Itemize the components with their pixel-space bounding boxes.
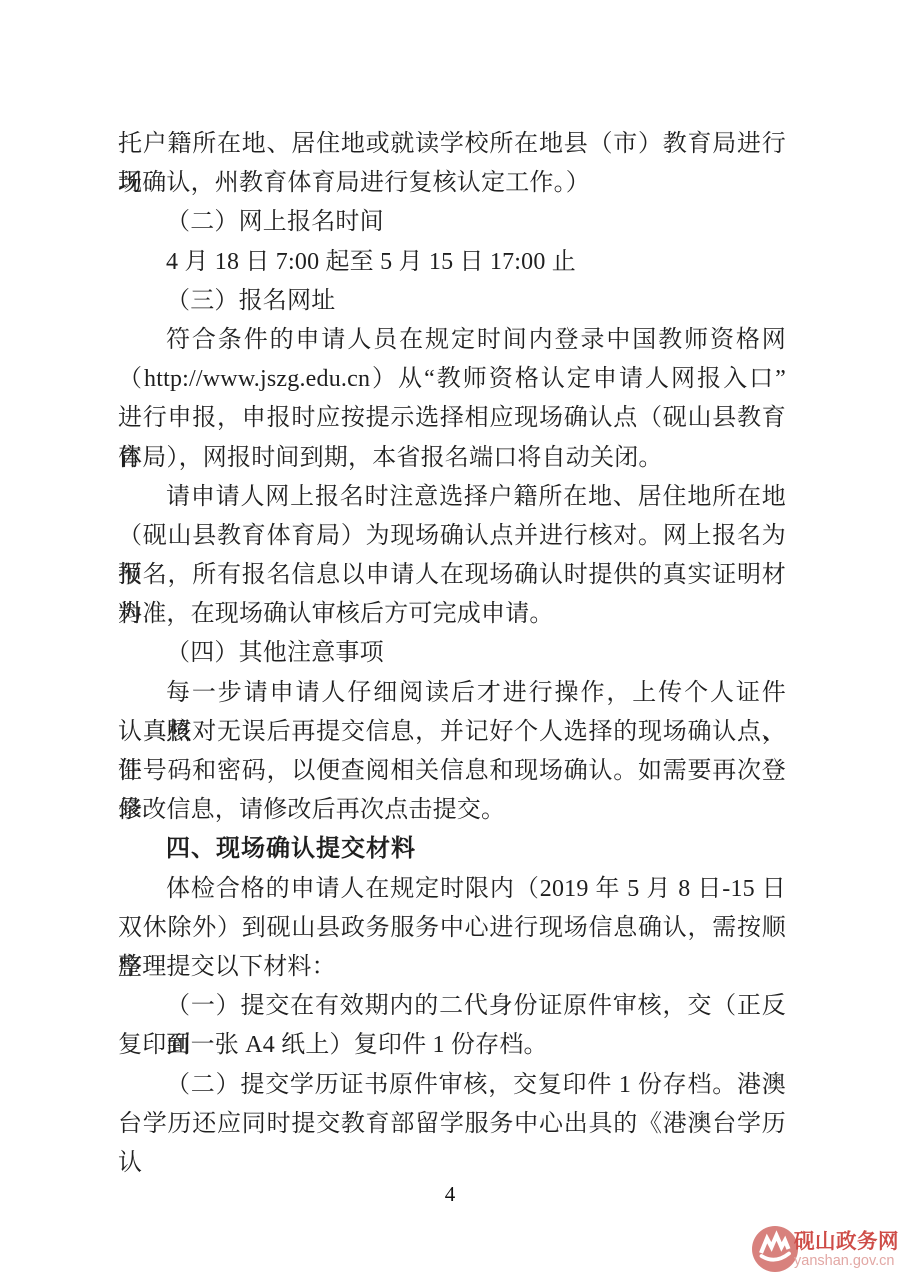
document-line: 请申请人网上报名时注意选择户籍所在地、居住地所在地: [118, 478, 786, 517]
document-line: 符合条件的申请人员在规定时间内登录中国教师资格网: [118, 321, 786, 360]
document-line: 为准，在现场确认审核后方可完成申请。: [118, 595, 786, 634]
document-line: 四、现场确认提交材料: [118, 830, 786, 869]
document-line: （三）报名网址: [118, 282, 786, 321]
document-line: （砚山县教育体育局）为现场确认点并进行核对。网上报名为预: [118, 517, 786, 556]
page-number: 4: [0, 1182, 900, 1207]
document-line: 场确认，州教育体育局进行复核认定工作。）: [118, 164, 786, 203]
document-line: 育局），网报时间到期，本省报名端口将自动关闭。: [118, 439, 786, 478]
document-line: 修改信息，请修改后再次点击提交。: [118, 791, 786, 830]
document-body: 托户籍所在地、居住地或就读学校所在地县（市）教育局进行现场确认，州教育体育局进行…: [118, 125, 786, 1144]
document-line: 报名，所有报名信息以申请人在现场确认时提供的真实证明材料: [118, 556, 786, 595]
watermark-text: 砚山政务网 yanshan.gov.cn: [794, 1226, 899, 1269]
document-line: （http://www.jszg.edu.cn）从“教师资格认定申请人网报入口”: [118, 360, 786, 399]
document-line: 体检合格的申请人在规定时限内（2019 年 5 月 8 日-15 日: [118, 870, 786, 909]
site-name: 砚山政务网: [794, 1231, 899, 1253]
document-line: 每一步请申请人仔细阅读后才进行操作，上传个人证件照，: [118, 674, 786, 713]
site-url: yanshan.gov.cn: [794, 1253, 899, 1269]
document-line: （二）网上报名时间: [118, 203, 786, 242]
document-page: 托户籍所在地、居住地或就读学校所在地县（市）教育局进行现场确认，州教育体育局进行…: [0, 0, 900, 1273]
document-line: 进行申报，申报时应按提示选择相应现场确认点（砚山县教育体: [118, 399, 786, 438]
document-line: 件号码和密码，以便查阅相关信息和现场确认。如需要再次登录: [118, 752, 786, 791]
document-line: 整理提交以下材料：: [118, 948, 786, 987]
document-line: （一）提交在有效期内的二代身份证原件审核，交（正反面: [118, 987, 786, 1026]
document-line: （四）其他注意事项: [118, 634, 786, 673]
site-watermark: 砚山政务网 yanshan.gov.cn: [752, 1226, 899, 1272]
yanshan-mountain-logo-icon: [752, 1226, 798, 1272]
document-line: 托户籍所在地、居住地或就读学校所在地县（市）教育局进行现: [118, 125, 786, 164]
document-line: 复印到一张 A4 纸上）复印件 1 份存档。: [118, 1026, 786, 1065]
document-line: 台学历还应同时提交教育部留学服务中心出具的《港澳台学历认: [118, 1105, 786, 1144]
document-line: 4 月 18 日 7:00 起至 5 月 15 日 17:00 止: [118, 243, 786, 282]
document-line: （二）提交学历证书原件审核，交复印件 1 份存档。港澳: [118, 1066, 786, 1105]
document-line: 双休除外）到砚山县政务服务中心进行现场信息确认，需按顺序: [118, 909, 786, 948]
document-line: 认真核对无误后再提交信息，并记好个人选择的现场确认点、证: [118, 713, 786, 752]
